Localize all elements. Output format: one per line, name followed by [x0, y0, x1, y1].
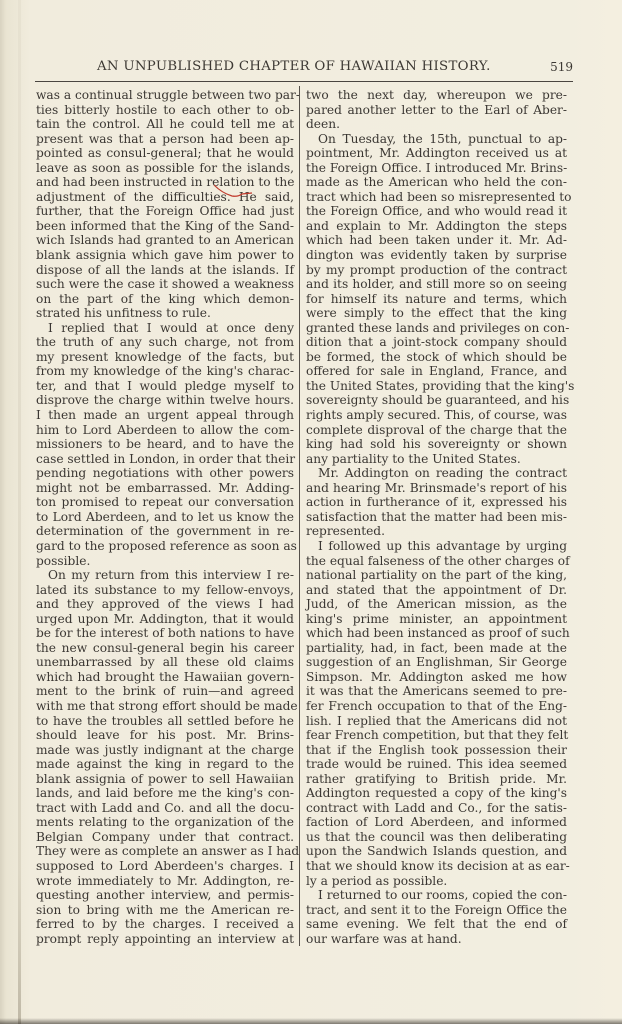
text-line: On Tuesday, the 15th, punctual to ap-: [306, 132, 567, 147]
text-line: which had been instanced as proof of suc…: [306, 626, 567, 641]
text-line: tract which had been so misrepresented t…: [306, 190, 567, 205]
text-line: might not be embarrassed. Mr. Adding-: [36, 481, 294, 496]
text-line: and explain to Mr. Addington the steps: [306, 219, 567, 234]
text-line: the Foreign Office. I introduced Mr. Bri…: [306, 161, 567, 176]
text-line: contract with Ladd and Co., for the sati…: [306, 801, 567, 816]
text-line: I followed up this advantage by urging: [306, 539, 567, 554]
text-line: I replied that I would at once deny: [36, 321, 294, 336]
text-line: prompt reply appointing an interview at: [36, 932, 294, 947]
text-line: and they approved of the views I had: [36, 597, 294, 612]
text-line: case settled in London, in order that th…: [36, 452, 294, 467]
column-divider: [299, 86, 300, 946]
text-line: complete disproval of the charge that th…: [306, 423, 567, 438]
text-line: fear French competition, but that they f…: [306, 728, 567, 743]
text-line: and stated that the appointment of Dr.: [306, 583, 567, 598]
text-line: ly a period as possible.: [306, 874, 567, 889]
text-line: faction of Lord Aberdeen, and informed: [306, 815, 567, 830]
text-line: from my knowledge of the king's charac-: [36, 364, 294, 379]
text-line: him to Lord Aberdeen to allow the com-: [36, 423, 294, 438]
text-line: pending negotiations with other powers: [36, 466, 294, 481]
text-line: and its holder, and still more so on see…: [306, 277, 567, 292]
text-line: made against the king in regard to the: [36, 757, 294, 772]
text-line: sion to bring with me the American re-: [36, 903, 294, 918]
text-line: On my return from this interview I re-: [36, 568, 294, 583]
text-line: possible.: [36, 554, 294, 569]
text-line: satisfaction that the matter had been mi…: [306, 510, 567, 525]
text-line: dispose of all the lands at the islands.…: [36, 263, 294, 278]
text-line: ments relating to the organization of th…: [36, 815, 294, 830]
text-line: to Lord Aberdeen, and to let us know the: [36, 510, 294, 525]
text-line: I returned to our rooms, copied the con-: [306, 888, 567, 903]
text-line: ties bitterly hostile to each other to o…: [36, 103, 294, 118]
text-line: pared another letter to the Earl of Aber…: [306, 103, 567, 118]
text-line: ferred to by the charges. I received a: [36, 917, 294, 932]
text-line: which had brought the Hawaiian govern-: [36, 670, 294, 685]
text-line: that we should know its decision at as e…: [306, 859, 567, 874]
text-line: the equal falseness of the other charges…: [306, 554, 567, 569]
book-page: AN UNPUBLISHED CHAPTER OF HAWAIIAN HISTO…: [0, 0, 622, 1024]
text-line: tain the control. All he could tell me a…: [36, 117, 294, 132]
text-line: granted these lands and privileges on co…: [306, 321, 567, 336]
text-line: rights amply secured. This, of course, w…: [306, 408, 567, 423]
text-line: action in furtherance of it, expressed h…: [306, 495, 567, 510]
text-line: urged upon Mr. Addington, that it would: [36, 612, 294, 627]
text-line: lated its substance to my fellow-envoys,: [36, 583, 294, 598]
right-column: two the next day, whereupon we pre-pared…: [306, 88, 567, 946]
text-line: tract with Ladd and Co. and all the docu…: [36, 801, 294, 816]
text-line: ter, and that I would pledge myself to: [36, 379, 294, 394]
text-line: dition that a joint-stock company should: [306, 335, 567, 350]
text-line: Simpson. Mr. Addington asked me how: [306, 670, 567, 685]
text-line: national partiality on the part of the k…: [306, 568, 567, 583]
text-line: the new consul-general begin his career: [36, 641, 294, 656]
red-ink-mark-icon: [212, 183, 254, 199]
text-line: it was that the Americans seemed to pre-: [306, 684, 567, 699]
text-line: I then made an urgent appeal through: [36, 408, 294, 423]
text-line: that if the English took possession thei…: [306, 743, 567, 758]
text-line: adjustment of the difficulties. He said,: [36, 190, 294, 205]
text-line: further, that the Foreign Office had jus…: [36, 204, 294, 219]
text-line: our warfare was at hand.: [306, 932, 567, 947]
running-head-title: AN UNPUBLISHED CHAPTER OF HAWAIIAN HISTO…: [97, 59, 491, 74]
text-line: They were as complete an answer as I had: [36, 844, 294, 859]
page-spine-edge: [18, 0, 21, 1024]
text-line: was a continual struggle between two par…: [36, 88, 294, 103]
left-column: was a continual struggle between two par…: [36, 88, 294, 946]
text-line: lands, and laid before me the king's con…: [36, 786, 294, 801]
text-line: my present knowledge of the facts, but: [36, 350, 294, 365]
text-line: king had sold his sovereignty or shown: [306, 437, 567, 452]
text-line: fer French occupation to that of the Eng…: [306, 699, 567, 714]
text-line: present was that a person had been ap-: [36, 132, 294, 147]
text-line: the Foreign Office, and who would read i…: [306, 204, 567, 219]
running-head: AN UNPUBLISHED CHAPTER OF HAWAIIAN HISTO…: [35, 57, 573, 77]
text-line: sovereignty should be guaranteed, and hi…: [306, 393, 567, 408]
text-line: rather gratifying to British pride. Mr.: [306, 772, 567, 787]
text-line: wrote immediately to Mr. Addington, re-: [36, 874, 294, 889]
text-line: on the part of the king which demon-: [36, 292, 294, 307]
text-line: disprove the charge within twelve hours.: [36, 393, 294, 408]
text-line: leave as soon as possible for the island…: [36, 161, 294, 176]
text-line: and hearing Mr. Brinsmade's report of hi…: [306, 481, 567, 496]
text-line: partiality, had, in fact, been made at t…: [306, 641, 567, 656]
text-line: Judd, of the American mission, as the: [306, 597, 567, 612]
text-line: ton promised to repeat our conversation: [36, 495, 294, 510]
text-line: pointment, Mr. Addington received us at: [306, 146, 567, 161]
text-line: made was justly indignant at the charge: [36, 743, 294, 758]
text-line: blank assignia which gave him power to: [36, 248, 294, 263]
text-line: strated his unfitness to rule.: [36, 306, 294, 321]
text-line: by my prompt production of the contract: [306, 263, 567, 278]
text-line: the United States, providing that the ki…: [306, 379, 567, 394]
text-line: lish. I replied that the Americans did n…: [306, 714, 567, 729]
text-line: ment to the brink of ruin—and agreed: [36, 684, 294, 699]
text-line: the truth of any such charge, not from: [36, 335, 294, 350]
text-line: king's prime minister, an appointment: [306, 612, 567, 627]
text-line: be for the interest of both nations to h…: [36, 626, 294, 641]
text-line: which had been taken under it. Mr. Ad-: [306, 233, 567, 248]
text-line: been informed that the King of the Sand-: [36, 219, 294, 234]
text-line: blank assignia of power to sell Hawaiian: [36, 772, 294, 787]
text-line: and had been instructed in relation to t…: [36, 175, 294, 190]
text-line: supposed to Lord Aberdeen's charges. I: [36, 859, 294, 874]
text-line: unembarrassed by all these old claims: [36, 655, 294, 670]
page-bottom-shadow: [0, 1018, 622, 1024]
text-line: pointed as consul-general; that he would: [36, 146, 294, 161]
text-line: for himself its nature and terms, which: [306, 292, 567, 307]
header-rule: [35, 81, 573, 82]
text-line: such were the case it showed a weakness: [36, 277, 294, 292]
text-line: dington was evidently taken by surprise: [306, 248, 567, 263]
text-line: with me that strong effort should be mad…: [36, 699, 294, 714]
text-line: be formed, the stock of which should be: [306, 350, 567, 365]
text-line: us that the council was then deliberatin…: [306, 830, 567, 845]
text-line: suggestion of an Englishman, Sir George: [306, 655, 567, 670]
text-line: missioners to be heard, and to have the: [36, 437, 294, 452]
text-line: were simply to the effect that the king: [306, 306, 567, 321]
text-line: wich Islands had granted to an American: [36, 233, 294, 248]
text-line: Mr. Addington on reading the contract: [306, 466, 567, 481]
text-line: Addington requested a copy of the king's: [306, 786, 567, 801]
text-line: questing another interview, and permis-: [36, 888, 294, 903]
text-line: Belgian Company under that contract.: [36, 830, 294, 845]
text-line: should leave for his post. Mr. Brins-: [36, 728, 294, 743]
page-number: 519: [550, 60, 573, 74]
text-line: gard to the proposed reference as soon a…: [36, 539, 294, 554]
text-line: represented.: [306, 524, 567, 539]
text-line: offered for sale in England, France, and: [306, 364, 567, 379]
text-line: trade would be ruined. This idea seemed: [306, 757, 567, 772]
text-line: two the next day, whereupon we pre-: [306, 88, 567, 103]
text-line: any partiality to the United States.: [306, 452, 567, 467]
text-line: upon the Sandwich Islands question, and: [306, 844, 567, 859]
text-line: made as the American who held the con-: [306, 175, 567, 190]
text-line: determination of the government in re-: [36, 524, 294, 539]
text-line: same evening. We felt that the end of: [306, 917, 567, 932]
text-line: to have the troubles all settled before …: [36, 714, 294, 729]
text-line: tract, and sent it to the Foreign Office…: [306, 903, 567, 918]
text-line: deen.: [306, 117, 567, 132]
